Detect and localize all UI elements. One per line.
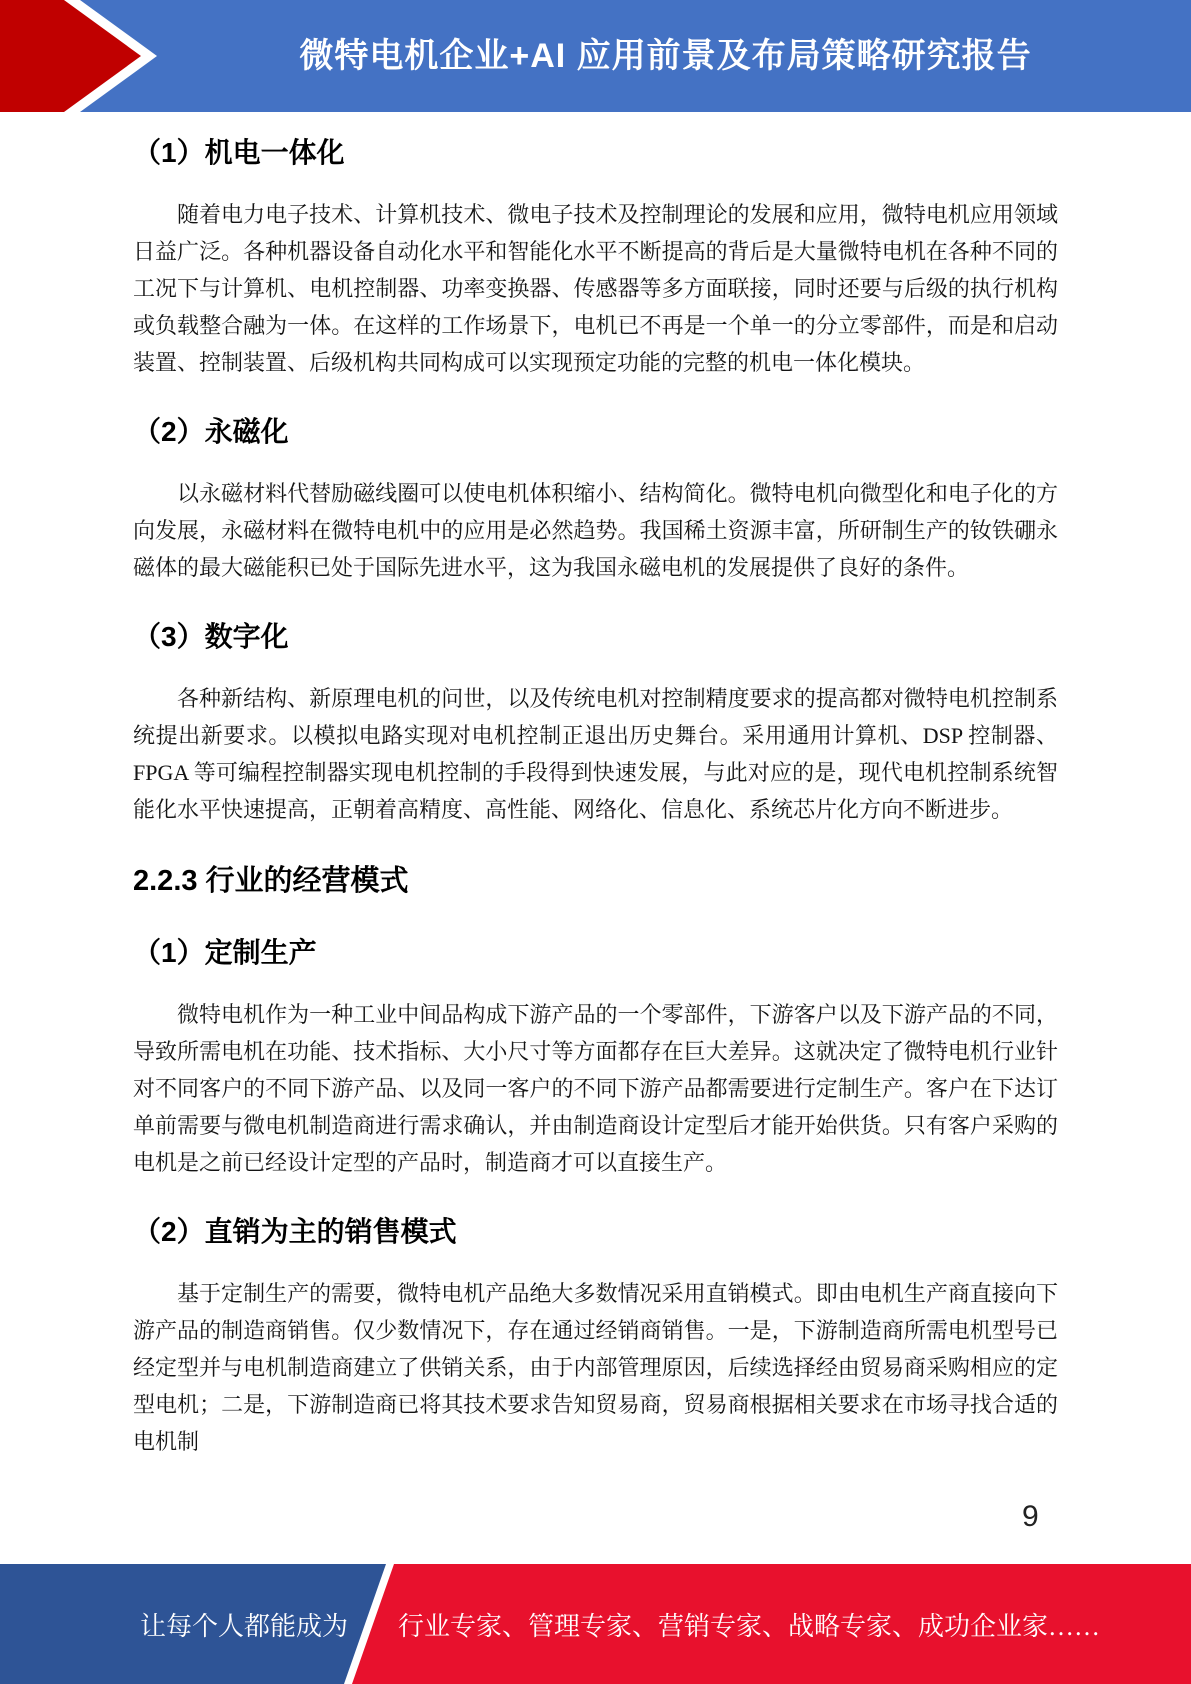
footer-slogan-right: 行业专家、管理专家、营销专家、战略专家、成功企业家…… — [398, 1564, 1171, 1684]
section-heading-digitalization: （3）数字化 — [133, 622, 1058, 652]
section-heading-permanent-magnet: （2）永磁化 — [133, 417, 1058, 447]
section-heading-business-model: 2.2.3 行业的经营模式 — [133, 864, 1058, 898]
section-heading-mechatronics: （1）机电一体化 — [133, 138, 1058, 168]
report-title: 微特电机企业+AI 应用前景及布局策略研究报告 — [170, 0, 1161, 104]
paragraph-permanent-magnet: 以永磁材料代替励磁线圈可以使电机体积缩小、结构简化。微特电机向微型化和电子化的方… — [133, 475, 1058, 586]
header-banner: 微特电机企业+AI 应用前景及布局策略研究报告 — [0, 0, 1191, 112]
section-heading-direct-sales: （2）直销为主的销售模式 — [133, 1217, 1058, 1247]
section-heading-custom-production: （1）定制生产 — [133, 938, 1058, 968]
paragraph-custom-production: 微特电机作为一种工业中间品构成下游产品的一个零部件，下游客户以及下游产品的不同，… — [133, 996, 1058, 1181]
document-page: 微特电机企业+AI 应用前景及布局策略研究报告 （1）机电一体化 随着电力电子技… — [0, 0, 1191, 1684]
page-number: 9 — [1022, 1500, 1039, 1534]
footer-slogan-left: 让每个人都能成为 — [0, 1564, 348, 1684]
paragraph-digitalization: 各种新结构、新原理电机的问世，以及传统电机对控制精度要求的提高都对微特电机控制系… — [133, 680, 1058, 828]
footer-banner: 让每个人都能成为 行业专家、管理专家、营销专家、战略专家、成功企业家…… — [0, 1564, 1191, 1684]
paragraph-mechatronics: 随着电力电子技术、计算机技术、微电子技术及控制理论的发展和应用，微特电机应用领域… — [133, 196, 1058, 381]
page-body: （1）机电一体化 随着电力电子技术、计算机技术、微电子技术及控制理论的发展和应用… — [133, 138, 1058, 1496]
paragraph-direct-sales: 基于定制生产的需要，微特电机产品绝大多数情况采用直销模式。即由电机生产商直接向下… — [133, 1275, 1058, 1460]
